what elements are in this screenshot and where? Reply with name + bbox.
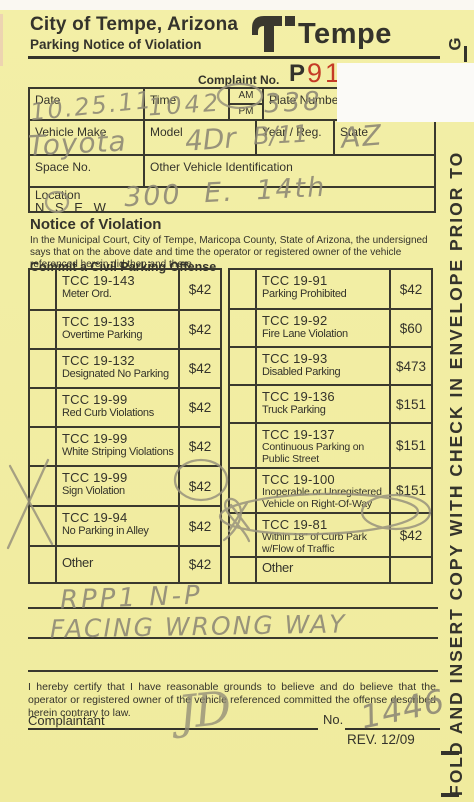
violation-row: TCC 19-91Parking Prohibited $42 — [230, 270, 431, 308]
violation-checkbox-cell — [230, 469, 257, 512]
violation-checkbox-cell — [30, 350, 57, 387]
violation-name: Truck Parking — [262, 404, 387, 417]
state-handwriting: AZ — [340, 118, 385, 155]
violation-fine: $42 — [178, 270, 220, 309]
violation-code: TCC 19-99 — [62, 392, 176, 407]
violation-fine: $42 — [178, 547, 220, 582]
violation-row-tcc-19-81: TCC 19-81Within 18" of Curb Park w/Flow … — [230, 512, 431, 556]
violation-name: Other — [62, 550, 176, 569]
parking-ticket: FOLD AND INSERT COPY WITH CHECK IN ENVEL… — [0, 0, 474, 802]
violation-name: Inoperable or Unregistered Vehicle on Ri… — [262, 487, 387, 510]
violation-desc: TCC 19-93Disabled Parking — [257, 348, 389, 384]
violation-fine: $42 — [178, 467, 220, 505]
violation-row: TCC 19-93Disabled Parking $473 — [230, 346, 431, 384]
notes-line — [28, 670, 438, 672]
violation-row: TCC 19-143Meter Ord. $42 — [30, 270, 220, 309]
violation-checkbox-cell — [230, 514, 257, 556]
violation-checkbox-cell — [30, 428, 57, 465]
violation-fine: $42 — [178, 389, 220, 426]
violation-fine: $151 — [389, 424, 431, 467]
model-handwriting: 4Dr — [184, 121, 237, 157]
violation-fine: $151 — [389, 386, 431, 422]
violation-name: Other — [262, 561, 387, 574]
violation-desc: TCC 19-94No Parking in Alley — [57, 507, 178, 545]
vehicle-make-handwriting: Toyota — [27, 124, 127, 162]
violation-code: TCC 19-132 — [62, 353, 176, 368]
violation-desc: TCC 19-133Overtime Parking — [57, 311, 178, 348]
violation-row: TCC 19-136Truck Parking $151 — [230, 384, 431, 422]
violation-row: TCC 19-100Inoperable or Unregistered Veh… — [230, 467, 431, 512]
complainant-label: Complaintant — [28, 713, 105, 728]
violation-desc: TCC 19-100Inoperable or Unregistered Veh… — [257, 469, 389, 512]
violation-checkbox-cell — [30, 270, 57, 309]
violation-name: Overtime Parking — [62, 329, 176, 342]
violation-row: TCC 19-92Fire Lane Violation $60 — [230, 308, 431, 346]
scan-edge-strip — [0, 0, 474, 10]
violation-row-other: Other $42 — [30, 545, 220, 582]
violation-checkbox-cell — [30, 467, 57, 505]
officer-no-label: No. — [323, 712, 343, 727]
violations-table-right: TCC 19-91Parking Prohibited $42 TCC 19-9… — [228, 268, 433, 584]
violation-code: TCC 19-100 — [262, 472, 387, 487]
complainant-signature-line — [28, 728, 318, 730]
complaint-no-prefix: P — [289, 60, 305, 88]
model-label: Model — [150, 125, 183, 139]
violation-desc: TCC 19-143Meter Ord. — [57, 270, 178, 309]
violation-row: TCC 19-132Designated No Parking $42 — [30, 348, 220, 387]
violation-row: TCC 19-99White Striping Violations $42 — [30, 426, 220, 465]
violation-code: TCC 19-81 — [262, 517, 387, 532]
violation-desc: Other — [57, 547, 178, 582]
violation-code: TCC 19-99 — [62, 431, 176, 446]
logo-wordmark: Tempe — [298, 18, 392, 51]
violation-checkbox-cell — [30, 311, 57, 348]
violation-fine: $42 — [389, 270, 431, 308]
violation-code: TCC 19-94 — [62, 510, 176, 525]
violation-checkbox-cell — [30, 547, 57, 582]
am-box: AM — [230, 89, 262, 105]
violation-fine: $42 — [389, 514, 431, 556]
violation-code: TCC 19-92 — [262, 313, 387, 328]
violation-fine: $42 — [178, 507, 220, 545]
violation-fine: $60 — [389, 310, 431, 346]
violation-fine — [389, 558, 431, 582]
violation-code: TCC 19-93 — [262, 351, 387, 366]
violation-name: Continuous Parking on Public Street — [262, 442, 387, 465]
page-subtitle: Parking Notice of Violation — [30, 37, 202, 52]
violation-row: TCC 19-133Overtime Parking $42 — [30, 309, 220, 348]
violation-checkbox-cell — [30, 389, 57, 426]
edge-letter: G — [446, 37, 466, 50]
violation-checkbox-cell — [230, 386, 257, 422]
violation-name: White Striping Violations — [62, 446, 176, 459]
violation-desc: TCC 19-136Truck Parking — [257, 386, 389, 422]
violation-desc: Other — [257, 558, 389, 582]
note-line-1-handwriting: RPP1 N-P — [60, 581, 204, 616]
complaint-no-label: Complaint No. — [198, 73, 279, 87]
violation-name: Red Curb Violations — [62, 407, 176, 420]
violation-fine: $42 — [178, 311, 220, 348]
scan-artifact — [0, 14, 3, 66]
violation-checkbox-cell — [230, 310, 257, 346]
violation-row-other: Other — [230, 556, 431, 582]
violation-name: No Parking in Alley — [62, 525, 176, 538]
redaction-box — [337, 63, 474, 122]
plate-handwriting: 338 — [263, 86, 323, 119]
violation-checkbox-cell — [230, 424, 257, 467]
violation-name: Meter Ord. — [62, 288, 176, 301]
other-id-label: Other Vehicle Identification — [150, 160, 293, 174]
violation-name: Fire Lane Violation — [262, 328, 387, 341]
violation-desc: TCC 19-99Red Curb Violations — [57, 389, 178, 426]
violation-desc: TCC 19-91Parking Prohibited — [257, 270, 389, 308]
violation-desc: TCC 19-132Designated No Parking — [57, 350, 178, 387]
violation-fine: $151 — [389, 469, 431, 512]
violation-fine: $42 — [178, 428, 220, 465]
revision-text: REV. 12/09 — [347, 732, 415, 747]
tempe-logo-icon — [252, 12, 296, 56]
violation-fine: $473 — [389, 348, 431, 384]
header-divider — [28, 56, 440, 59]
violation-name: Disabled Parking — [262, 366, 387, 379]
violation-row-sign-violation: TCC 19-99Sign Violation $42 — [30, 465, 220, 505]
violation-code: TCC 19-133 — [62, 314, 176, 329]
violation-desc: TCC 19-81Within 18" of Curb Park w/Flow … — [257, 514, 389, 556]
note-line-2-handwriting: FACING WRONG WAY — [50, 609, 347, 643]
violations-table-left: TCC 19-143Meter Ord. $42 TCC 19-133Overt… — [28, 268, 222, 584]
meridiem-field: AM PM — [228, 89, 262, 119]
violation-name: Within 18" of Curb Park w/Flow of Traffi… — [262, 532, 387, 555]
space-no-label: Space No. — [35, 160, 91, 174]
violation-name: Designated No Parking — [62, 368, 176, 381]
violation-row: TCC 19-94No Parking in Alley $42 — [30, 505, 220, 545]
pm-box: PM — [230, 105, 262, 119]
violation-code: TCC 19-136 — [262, 389, 387, 404]
time-handwriting: 1042 — [147, 88, 222, 121]
complainant-signature-handwriting: JD — [175, 680, 232, 739]
violation-checkbox-cell — [230, 348, 257, 384]
notice-heading: Notice of Violation — [30, 216, 161, 233]
violation-fine: $42 — [178, 350, 220, 387]
violation-code: TCC 19-143 — [62, 273, 176, 288]
violation-desc: TCC 19-137Continuous Parking on Public S… — [257, 424, 389, 467]
violation-row: TCC 19-99Red Curb Violations $42 — [30, 387, 220, 426]
violation-code: TCC 19-99 — [62, 470, 176, 485]
page-title: City of Tempe, Arizona — [30, 14, 238, 36]
violation-code: TCC 19-137 — [262, 427, 387, 442]
fold-instruction-text: FOLD AND INSERT COPY WITH CHECK IN ENVEL… — [441, 124, 471, 796]
violation-desc: TCC 19-99White Striping Violations — [57, 428, 178, 465]
violation-checkbox-cell — [30, 507, 57, 545]
violation-desc: TCC 19-92Fire Lane Violation — [257, 310, 389, 346]
violation-row: TCC 19-137Continuous Parking on Public S… — [230, 422, 431, 467]
violation-code: TCC 19-91 — [262, 273, 387, 288]
violation-checkbox-cell — [230, 270, 257, 308]
year-reg-handwriting: B/11 — [252, 120, 308, 151]
violation-checkbox-cell — [230, 558, 257, 582]
violation-name: Sign Violation — [62, 485, 176, 498]
violation-desc: TCC 19-99Sign Violation — [57, 467, 178, 505]
violation-name: Parking Prohibited — [262, 288, 387, 301]
